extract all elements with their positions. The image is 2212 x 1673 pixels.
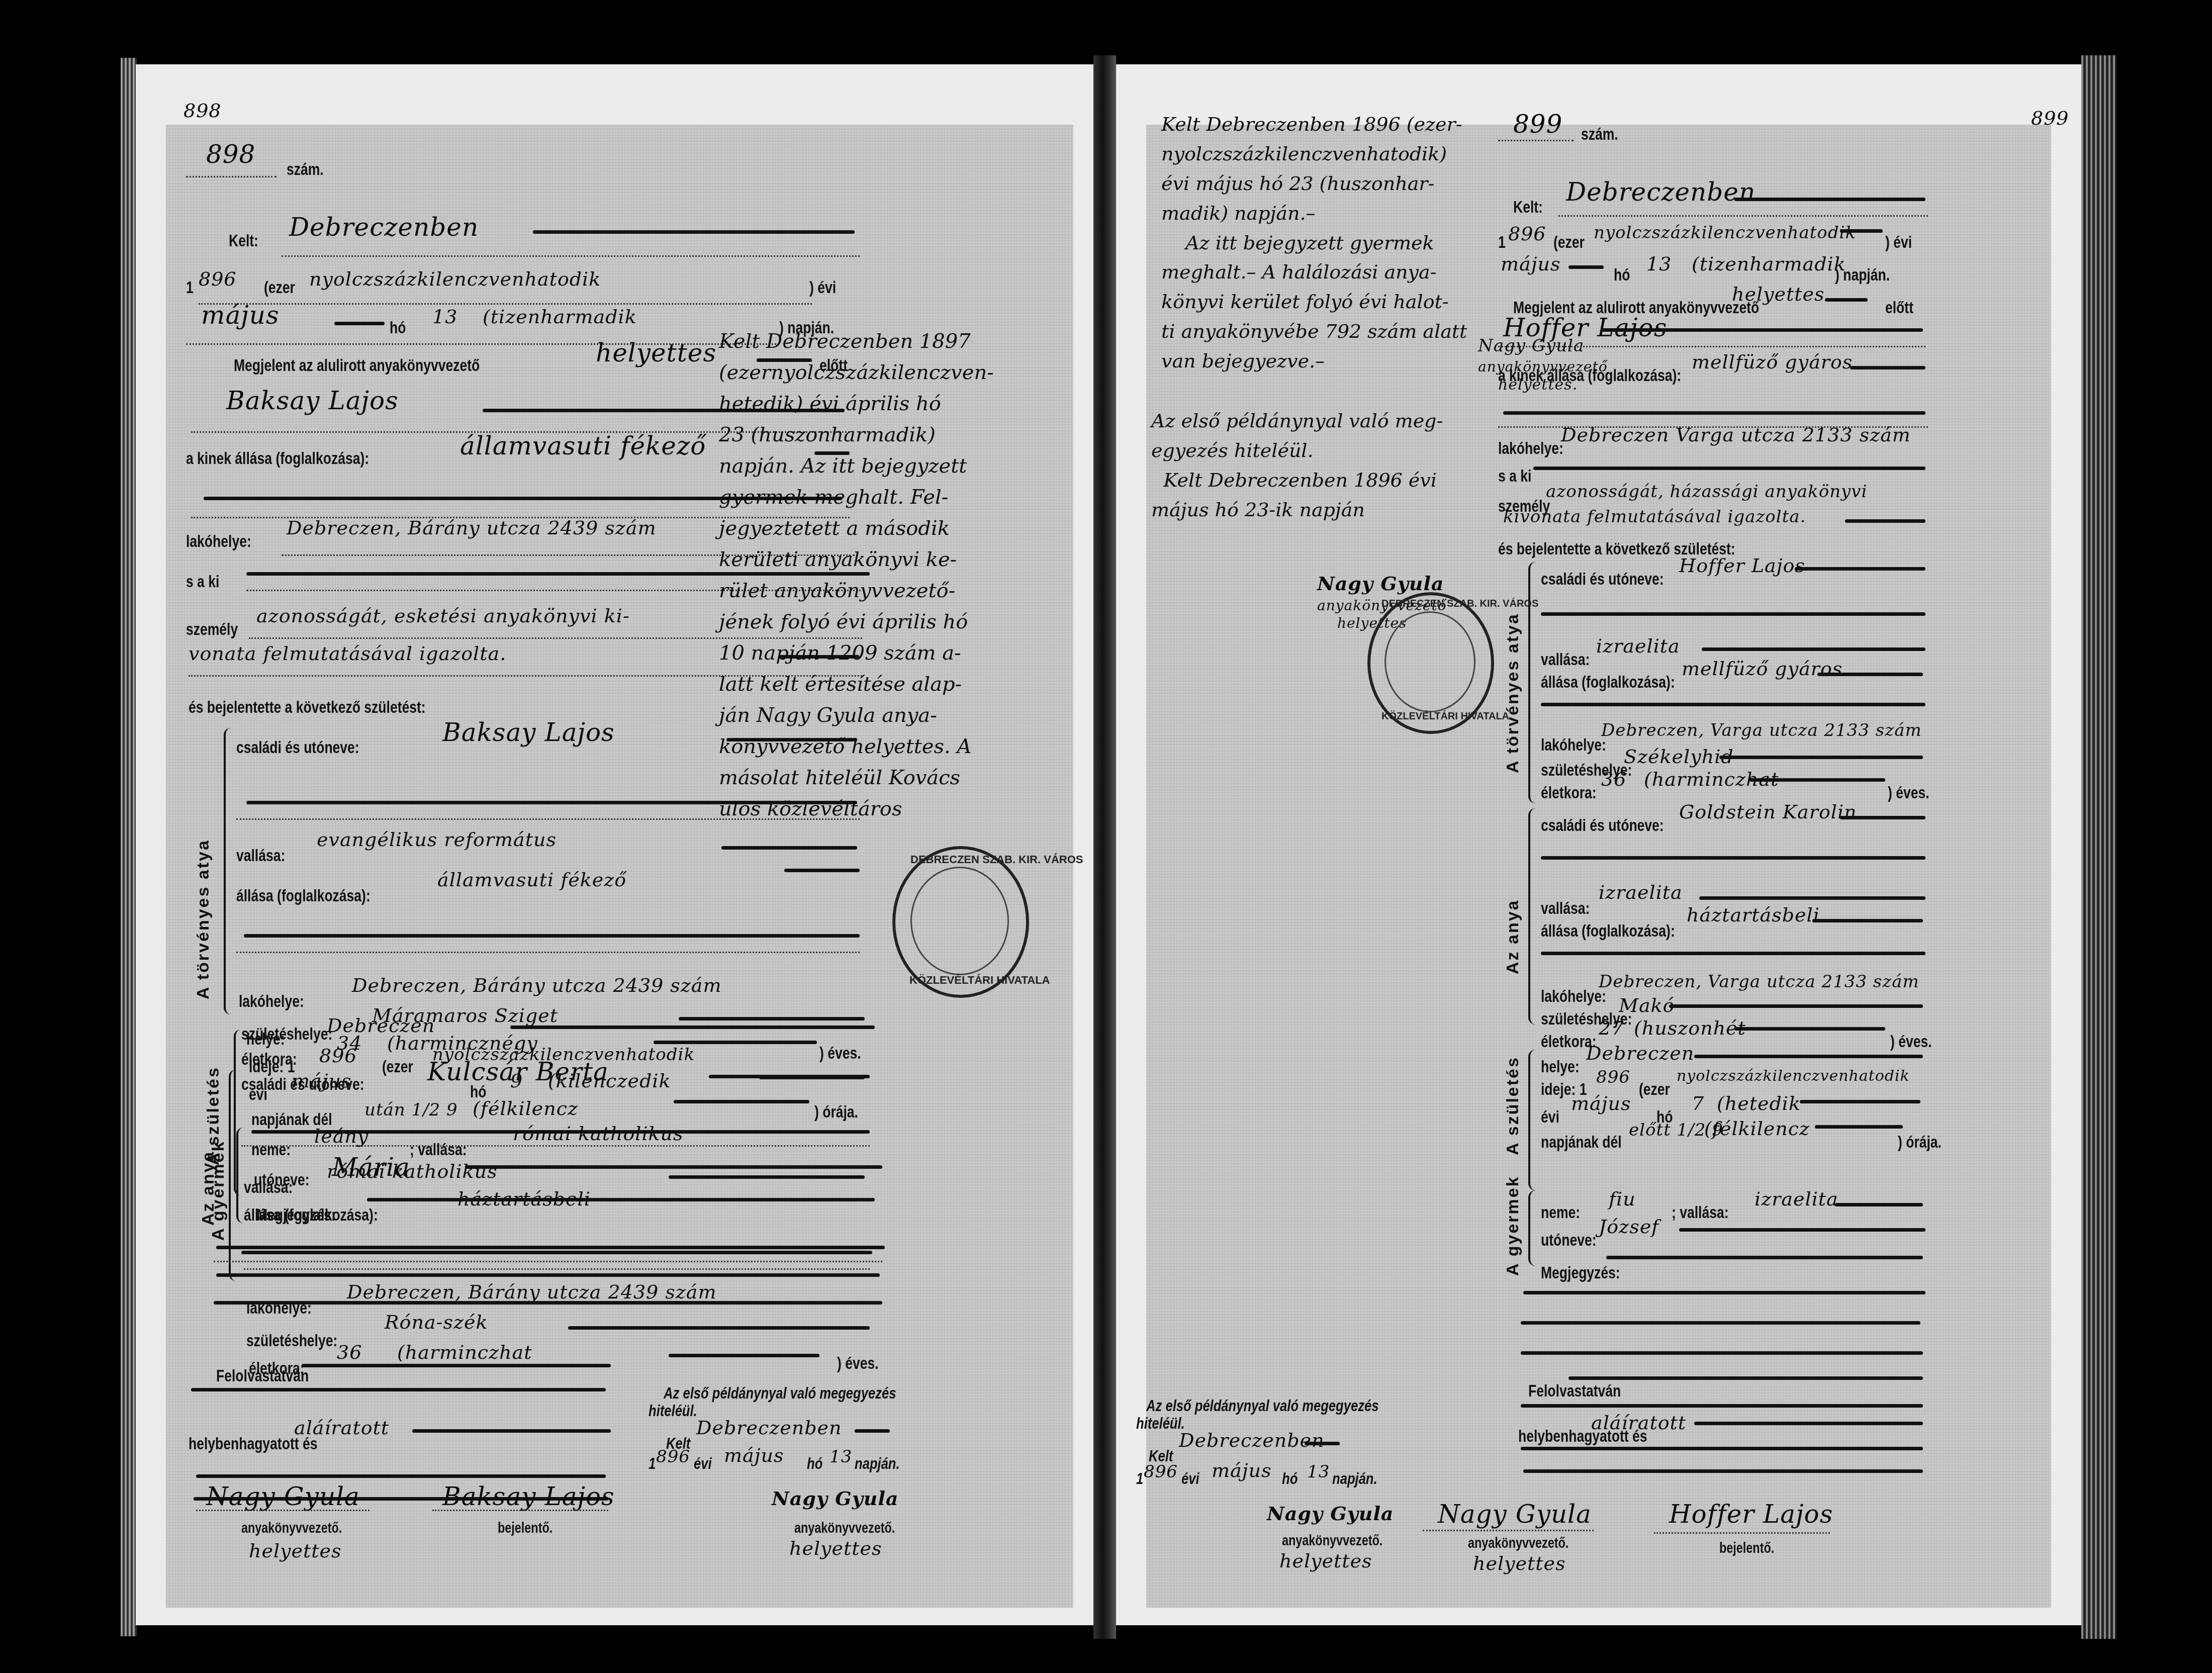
fill-line — [1815, 1125, 1903, 1129]
fill-line — [1541, 703, 1925, 706]
kelt-label: Kelt: — [1513, 198, 1543, 217]
child-given-name-label: utóneve: — [254, 1170, 310, 1190]
child-sex-label: neme: — [1541, 1203, 1580, 1223]
month: május — [1501, 253, 1560, 275]
father-section-label: A törvényes atya — [1503, 613, 1523, 773]
child-sex: leány — [314, 1125, 368, 1147]
registrar-role-label: anyakönyvvezető. — [241, 1520, 342, 1537]
oraja-label: ) órája. — [814, 1102, 858, 1122]
stamp-bottom-text: KÖZLEVÉLTÁRI HIVATALA — [909, 974, 1050, 987]
child-section-label: A gyermek — [1503, 1175, 1523, 1276]
lakohelye-label: lakóhelye: — [1498, 439, 1563, 458]
child-religion: római katholikus — [513, 1123, 684, 1145]
fill-line — [1679, 1228, 1925, 1232]
eves-label: ) éves. — [1890, 1032, 1932, 1052]
declarant-role-label: bejelentő. — [1719, 1540, 1774, 1557]
father-age-label: életkora: — [1541, 783, 1597, 803]
megjegyzes-label: Megjegyzés: — [256, 1205, 336, 1225]
birth-hour-words: (félkilencz — [473, 1097, 578, 1120]
fill-line — [367, 1198, 875, 1201]
certification-line-1: Az első példánynyal való megegyezés — [664, 1384, 896, 1403]
cert-year-digits: 896 — [656, 1447, 690, 1467]
certification-signature: Nagy Gyula — [1267, 1502, 1394, 1525]
certification-place: Debreczenben — [696, 1417, 842, 1439]
fill-line — [1817, 673, 1923, 676]
mother-residence-label: lakóhelye: — [1541, 987, 1606, 1006]
fill-line — [1523, 1291, 1925, 1294]
father-occupation-label: állása (foglalkozása): — [1541, 673, 1675, 692]
fill-line — [1694, 1055, 1923, 1058]
signature-line — [432, 1510, 608, 1511]
fill-line — [1569, 1376, 1923, 1380]
cert-evi-label: évi — [1181, 1469, 1200, 1488]
ezer-label: (ezer — [382, 1057, 413, 1077]
fill-line — [302, 1364, 611, 1367]
felolvastatvan-label: Felolvastatván — [1528, 1381, 1621, 1401]
kelt-place: Debreczenben — [1566, 177, 1756, 207]
fill-line — [191, 1388, 606, 1391]
signed-word: aláíratott — [1591, 1412, 1686, 1434]
left-page-lower: A születés helye: Debreczen ideje: 1 896… — [136, 64, 1093, 1625]
child-bracket — [236, 1128, 245, 1223]
right-page-content: 899 Kelt Debreczenben 1896 (ezer- nyolcz… — [1116, 64, 2081, 1625]
stamp-top-text: DEBRECZEN SZAB. KIR. VÁROS — [910, 853, 1083, 866]
child-section-label: A gyermek — [209, 1140, 228, 1241]
stamp-bottom-text: KÖZLEVÉLTÁRI HIVATALA — [1381, 711, 1509, 722]
book-spine — [1093, 55, 1116, 1639]
signature-line — [1423, 1530, 1594, 1531]
fill-line — [674, 1100, 809, 1103]
marginal-note-death: Kelt Debreczenben 1896 (ezer- nyolczszáz… — [1161, 110, 1467, 376]
child-religion-label: ; vallása: — [1672, 1203, 1729, 1223]
fill-line — [412, 1429, 611, 1433]
registrar-signature: Nagy Gyula — [206, 1482, 360, 1511]
evi-label: ) évi — [1885, 233, 1912, 252]
birth-year-words: nyolczszázkilenczvenhatodik — [1677, 1067, 1910, 1085]
cert-year-digits: 896 — [1144, 1462, 1178, 1482]
fill-line — [1606, 1256, 1923, 1259]
registrar-role-2: helyettes — [1473, 1552, 1566, 1574]
mother-bracket — [1528, 808, 1537, 1025]
marginal-cert-signature: Nagy Gyula — [1317, 572, 1444, 595]
fill-line — [216, 1273, 880, 1277]
birth-bracket — [1528, 1050, 1537, 1190]
cert-month: május — [1212, 1459, 1271, 1481]
mother-name: Goldstein Karolin — [1679, 801, 1857, 823]
saki-label: s a ki — [1498, 467, 1531, 486]
fill-line — [1840, 816, 1925, 819]
child-given-name-label: utóneve: — [1541, 1231, 1597, 1250]
mother-name-label: családi és utóneve: — [1541, 816, 1664, 835]
fill-line — [1702, 647, 1925, 651]
fill-line — [1825, 298, 1868, 302]
fill-line — [1541, 612, 1925, 616]
child-bracket — [1528, 1190, 1537, 1266]
day: 13 — [1646, 253, 1672, 275]
mother-religion-label: vallása: — [1541, 899, 1590, 918]
archive-stamp: DEBRECZEN SZAB. KIR. VÁROS KÖZLEVÉLTÁRI … — [892, 846, 1029, 998]
kinek-allasa-label: a kinek állása (foglalkozása): — [1498, 366, 1681, 386]
marginal-certification: Az első példánynyal való meg- egyezés hi… — [1151, 406, 1443, 525]
marginal-note-death: Kelt Debreczenben 1897 (ezernyolczszázki… — [719, 326, 994, 824]
fill-line — [1800, 1100, 1920, 1103]
mother-occupation: háztartásbeli — [1687, 904, 1820, 926]
oraja-label: ) órája. — [1898, 1133, 1942, 1152]
dotted-line — [214, 1261, 882, 1262]
father-name: Hoffer Lajos — [1679, 554, 1805, 577]
fill-line — [216, 1246, 885, 1249]
child-sex: fiu — [1609, 1188, 1636, 1210]
cert-year-prefix: 1 — [1136, 1469, 1143, 1488]
cert-day: 13 — [829, 1447, 852, 1467]
fill-line — [1850, 366, 1925, 369]
birth-place-label: helye: — [1541, 1057, 1580, 1077]
birth-day-words: (hetedik — [1717, 1092, 1801, 1114]
cert-ho-label: hó — [807, 1454, 822, 1473]
birth-year-digits: 896 — [319, 1045, 357, 1067]
fill-line — [1734, 1027, 1885, 1031]
fill-line — [1734, 198, 1925, 201]
signature-line — [1654, 1532, 1830, 1534]
fill-line — [1840, 229, 1883, 233]
declarant-signature: Baksay Lajos — [442, 1482, 615, 1511]
registrar-role: helyettes — [1732, 283, 1825, 305]
mother-age-words: (huszonhét — [1634, 1017, 1746, 1039]
birth-section-label: A születés — [1503, 1056, 1523, 1155]
father-age: 36 — [1601, 768, 1626, 790]
declarant-occupation: mellfüző gyáros — [1692, 351, 1853, 373]
birth-month: május — [292, 1070, 351, 1092]
felolvastatvan-label: Felolvastatván — [216, 1366, 309, 1386]
father-bracket — [1528, 562, 1537, 803]
page-number: 899 — [2031, 107, 2069, 129]
fill-line — [1719, 756, 1923, 759]
father-religion: izraelita — [1596, 635, 1680, 657]
identity-text-line-2: kivonata felmutatásával igazolta. — [1503, 507, 1806, 527]
father-occupation: mellfüző gyáros — [1682, 658, 1842, 680]
ezer-label: (ezer — [1553, 233, 1585, 252]
year-digits: 896 — [1508, 223, 1546, 245]
fill-line — [510, 1026, 875, 1029]
ho-label: hó — [1614, 265, 1630, 285]
mother-residence: Debreczen, Varga utcza 2133 szám — [1599, 972, 1919, 992]
father-name-label: családi és utóneve: — [1541, 570, 1664, 589]
identity-text-line-1: azonosságát, házassági anyakönyvi — [1546, 482, 1867, 502]
fill-line — [1749, 778, 1885, 782]
dotted-line — [1498, 140, 1574, 141]
fill-line — [1601, 328, 1923, 332]
fill-line — [1541, 856, 1925, 860]
evi-label: évi — [1541, 1107, 1559, 1127]
elott-label: előtt — [1885, 298, 1913, 318]
year-words: nyolczszázkilenczvenhatodik — [1594, 223, 1856, 243]
fill-line — [1523, 1469, 1923, 1473]
registrar-role-label: anyakönyvvezető. — [1468, 1535, 1569, 1552]
birth-place-label: helye: — [246, 1030, 285, 1049]
mother-occupation-label: állása (foglalkozása): — [1541, 921, 1675, 941]
mother-birthplace: Makó — [1619, 994, 1675, 1016]
fill-line — [1835, 1203, 1923, 1206]
fill-line — [1503, 411, 1925, 415]
cert-year-prefix: 1 — [649, 1454, 656, 1473]
cert-napjan-label: napján. — [1332, 1469, 1377, 1488]
megjegyzes-label: Megjegyzés: — [1541, 1263, 1620, 1283]
napjan-label: ) napján. — [1835, 265, 1890, 285]
father-religion-label: vallása: — [1541, 650, 1590, 670]
signed-word: aláíratott — [294, 1417, 389, 1439]
mother-age: 27 — [1599, 1017, 1624, 1039]
certification-signer-role-2: helyettes — [1279, 1550, 1372, 1572]
child-given-name: József — [1599, 1216, 1659, 1238]
cert-day: 13 — [1307, 1462, 1330, 1482]
father-birthplace: Székelyhid — [1624, 746, 1734, 768]
certification-signer-role-2: helyettes — [789, 1537, 882, 1559]
evi-label: évi — [249, 1085, 267, 1104]
mother-section-label: Az anya — [1503, 899, 1523, 975]
fill-line — [1521, 1351, 1923, 1355]
fill-line — [855, 1429, 890, 1433]
birth-month: május — [1571, 1092, 1631, 1114]
declarant-role-label: bejelentő. — [498, 1520, 552, 1537]
fill-line — [1569, 265, 1604, 269]
cert-ho-label: hó — [1282, 1469, 1298, 1488]
certification-line-2: hiteléül. — [649, 1402, 697, 1420]
fill-line — [1521, 1447, 1923, 1450]
day-words: (tizenharmadik — [1692, 253, 1846, 275]
fill-line — [1541, 952, 1925, 955]
fill-line — [1521, 1404, 1923, 1408]
fill-line — [759, 1076, 865, 1079]
fill-line — [1694, 1422, 1923, 1425]
birth-hour-words: (félkilencz — [1704, 1118, 1810, 1140]
child-religion-label: ; vallása: — [410, 1140, 467, 1160]
book-page-edges-right — [2081, 55, 2116, 1639]
certification-line-1: Az első példánynyal való megegyezés — [1146, 1397, 1378, 1415]
birth-day-words: (kilenczedik — [548, 1070, 671, 1092]
book-page-edges-left — [121, 58, 137, 1636]
certification-signer-role: anyakönyvvezető. — [1282, 1532, 1382, 1549]
certification-line-2: hiteléül. — [1136, 1414, 1185, 1433]
mother-religion: izraelita — [1599, 881, 1683, 903]
dotted-line — [1558, 215, 1928, 217]
child-given-name: Mária — [332, 1153, 410, 1182]
birth-day: 9 — [510, 1070, 523, 1092]
registrar-signature: Nagy Gyula — [1438, 1500, 1592, 1529]
year-prefix: 1 — [1498, 233, 1506, 252]
fill-line — [1812, 919, 1923, 922]
entry-number: 899 — [1513, 110, 1562, 139]
registrar-role-2: helyettes — [249, 1540, 342, 1562]
fill-line — [196, 1474, 606, 1478]
fill-line — [1533, 467, 1925, 470]
fill-line — [465, 1165, 882, 1169]
signature-line — [196, 1510, 370, 1511]
birth-place: Debreczen — [327, 1014, 435, 1037]
birth-day: 7 — [1692, 1092, 1704, 1114]
certification-place: Debreczenben — [1179, 1429, 1325, 1451]
birth-place: Debreczen — [1586, 1042, 1694, 1064]
ezer-label: (ezer — [1639, 1080, 1670, 1099]
birth-year-digits: 896 — [1596, 1067, 1630, 1087]
archive-stamp: DEBRECZEN SZAB. KIR. VÁROS KÖZLEVÉLTÁRI … — [1367, 592, 1494, 734]
birth-year-words: nyolczszázkilenczvenhatodik — [432, 1045, 695, 1065]
fill-line — [1845, 519, 1925, 523]
dotted-line — [1498, 346, 1925, 347]
cert-napjan-label: napján. — [855, 1454, 900, 1473]
fill-line — [214, 1301, 882, 1305]
cert-month: május — [724, 1444, 784, 1466]
father-residence: Debreczen, Varga utcza 2133 szám — [1601, 720, 1922, 740]
child-sex-label: neme: — [251, 1140, 291, 1160]
father-residence-label: lakóhelye: — [1541, 735, 1606, 755]
fill-line — [1305, 1442, 1340, 1445]
fill-line — [1669, 1004, 1923, 1008]
declarant-name: Hoffer Lajos — [1503, 313, 1667, 342]
declarant-residence: Debreczen Varga utcza 2133 szám — [1561, 424, 1911, 446]
eves-label: ) éves. — [1888, 783, 1929, 803]
declarant-signature: Hoffer Lajos — [1669, 1500, 1833, 1529]
cert-evi-label: évi — [694, 1454, 712, 1473]
certification-signature: Nagy Gyula — [772, 1487, 898, 1510]
napjanak-label: napjának dél — [1541, 1133, 1622, 1152]
certification-signer-role: anyakönyvvezető. — [794, 1520, 895, 1537]
birth-hour: után 1/2 9 — [364, 1100, 458, 1120]
child-religion: izraelita — [1755, 1188, 1838, 1210]
szam-label: szám. — [1581, 125, 1618, 144]
birth-time-label: ideje: 1 — [249, 1057, 295, 1077]
fill-line — [1521, 1321, 1920, 1325]
fill-line — [1699, 896, 1925, 900]
stamp-top-text: DEBRECZEN SZAB. KIR. VÁROS — [1381, 598, 1538, 610]
fill-line — [1795, 567, 1925, 571]
